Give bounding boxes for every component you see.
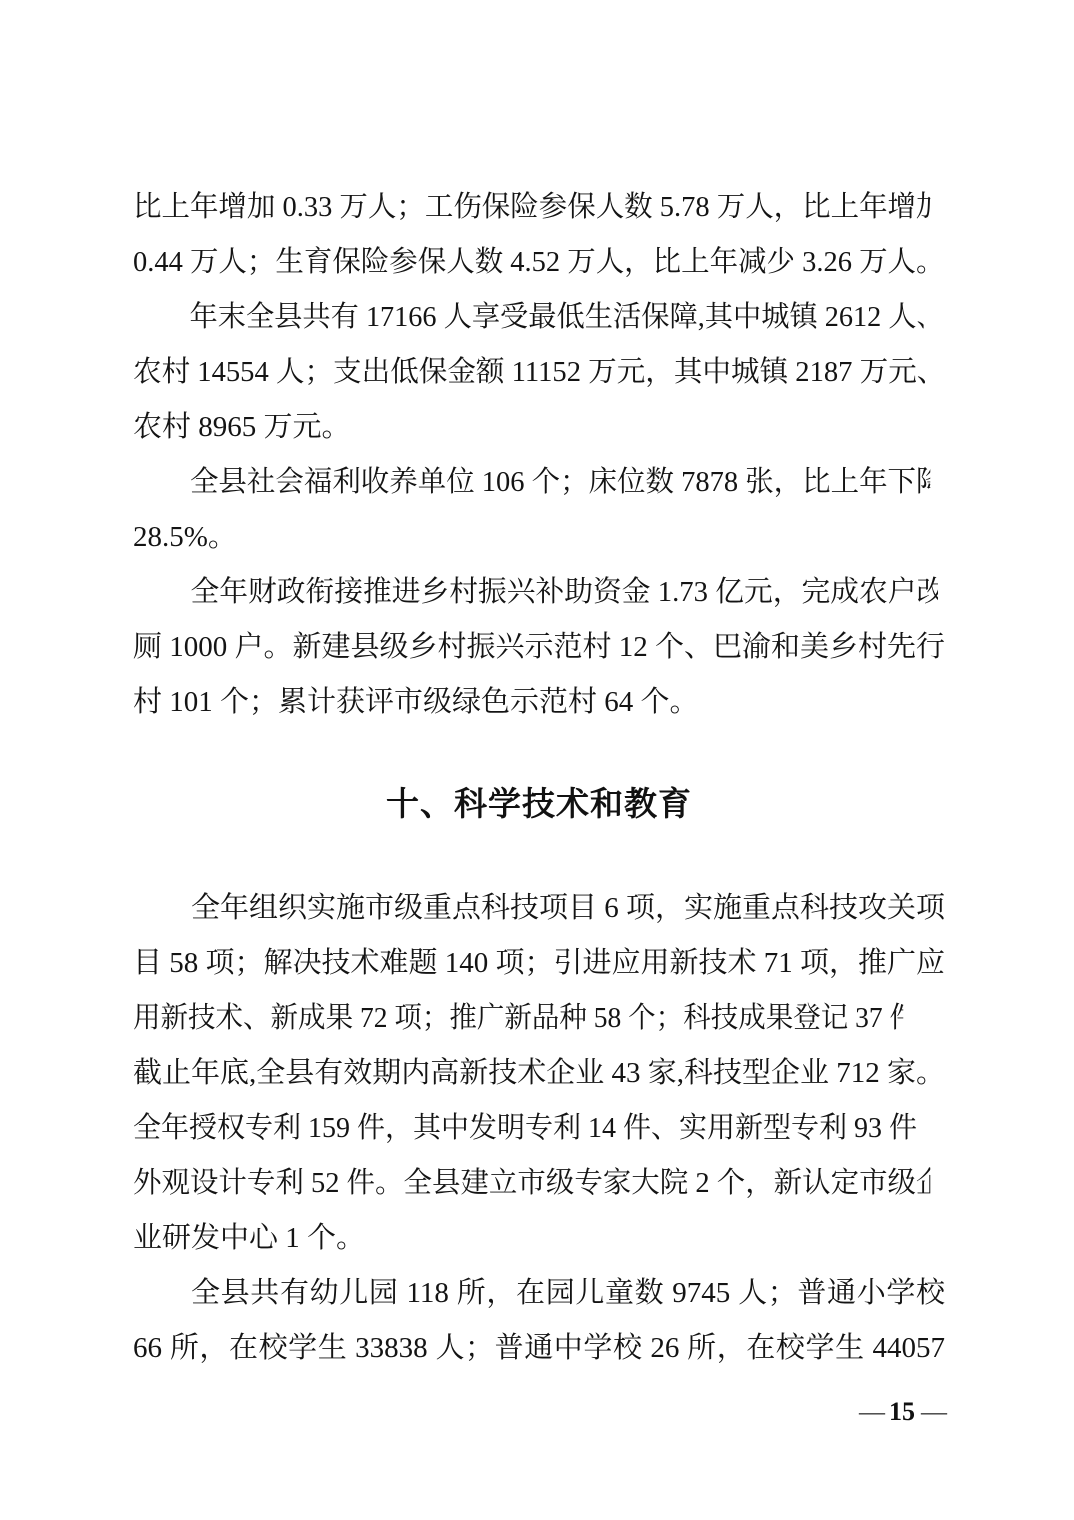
text-line: 年末全县共有 17166 人享受最低生活保障,其中城镇 2612 人、	[133, 290, 924, 345]
paragraph: 比上年增加 0.33 万人；工伤保险参保人数 5.78 万人，比上年增加0.44…	[133, 180, 945, 290]
page-footer: —15—	[859, 1396, 945, 1428]
paragraph: 年末全县共有 17166 人享受最低生活保障,其中城镇 2612 人、农村 14…	[133, 290, 945, 455]
text-line: 外观设计专利 52 件。全县建立市级专家大院 2 个，新认定市级企	[133, 1156, 930, 1211]
document-page: 比上年增加 0.33 万人；工伤保险参保人数 5.78 万人，比上年增加0.44…	[0, 0, 1074, 1520]
text-line: 全年授权专利 159 件，其中发明专利 14 件、实用新型专利 93 件、	[133, 1101, 917, 1156]
text-line: 村 101 个；累计获评市级绿色示范村 64 个。	[133, 675, 945, 730]
text-line: 全县共有幼儿园 118 所，在园儿童数 9745 人；普通小学校	[133, 1266, 945, 1321]
text-line: 28.5%。	[133, 510, 945, 565]
footer-dash-right: —	[921, 1397, 945, 1426]
text-line: 比上年增加 0.33 万人；工伤保险参保人数 5.78 万人，比上年增加	[133, 180, 930, 235]
text-line: 全年组织实施市级重点科技项目 6 项，实施重点科技攻关项	[133, 881, 945, 936]
text-line: 截止年底,全县有效期内高新技术企业 43 家,科技型企业 712 家。	[133, 1046, 945, 1101]
text-line: 厕 1000 户。新建县级乡村振兴示范村 12 个、巴渝和美乡村先行	[133, 620, 945, 675]
section-heading: 十、科学技术和教育	[133, 776, 945, 831]
text-line: 农村 8965 万元。	[133, 400, 945, 455]
text-line: 用新技术、新成果 72 项；推广新品种 58 个；科技成果登记 37 件。	[133, 991, 903, 1046]
text-line: 全县社会福利收养单位 106 个；床位数 7878 张，比上年下降	[133, 455, 930, 510]
document-body: 比上年增加 0.33 万人；工伤保险参保人数 5.78 万人，比上年增加0.44…	[133, 180, 945, 1376]
text-line: 农村 14554 人；支出低保金额 11152 万元，其中城镇 2187 万元、	[133, 345, 933, 400]
paragraph: 全县社会福利收养单位 106 个；床位数 7878 张，比上年下降28.5%。	[133, 455, 945, 565]
text-line: 业研发中心 1 个。	[133, 1211, 945, 1266]
paragraph: 全年财政衔接推进乡村振兴补助资金 1.73 亿元，完成农户改厕 1000 户。新…	[133, 565, 945, 730]
footer-dash-left: —	[859, 1397, 883, 1426]
text-line: 0.44 万人；生育保险参保人数 4.52 万人，比上年减少 3.26 万人。	[133, 235, 930, 290]
paragraph: 全县共有幼儿园 118 所，在园儿童数 9745 人；普通小学校66 所，在校学…	[133, 1266, 945, 1376]
text-line: 目 58 项；解决技术难题 140 项；引进应用新技术 71 项，推广应	[133, 936, 945, 991]
paragraph: 全年组织实施市级重点科技项目 6 项，实施重点科技攻关项目 58 项；解决技术难…	[133, 881, 945, 1266]
text-line: 66 所，在校学生 33838 人；普通中学校 26 所，在校学生 44057	[133, 1321, 945, 1376]
page-number: 15	[883, 1397, 921, 1426]
text-line: 全年财政衔接推进乡村振兴补助资金 1.73 亿元，完成农户改	[133, 565, 938, 620]
